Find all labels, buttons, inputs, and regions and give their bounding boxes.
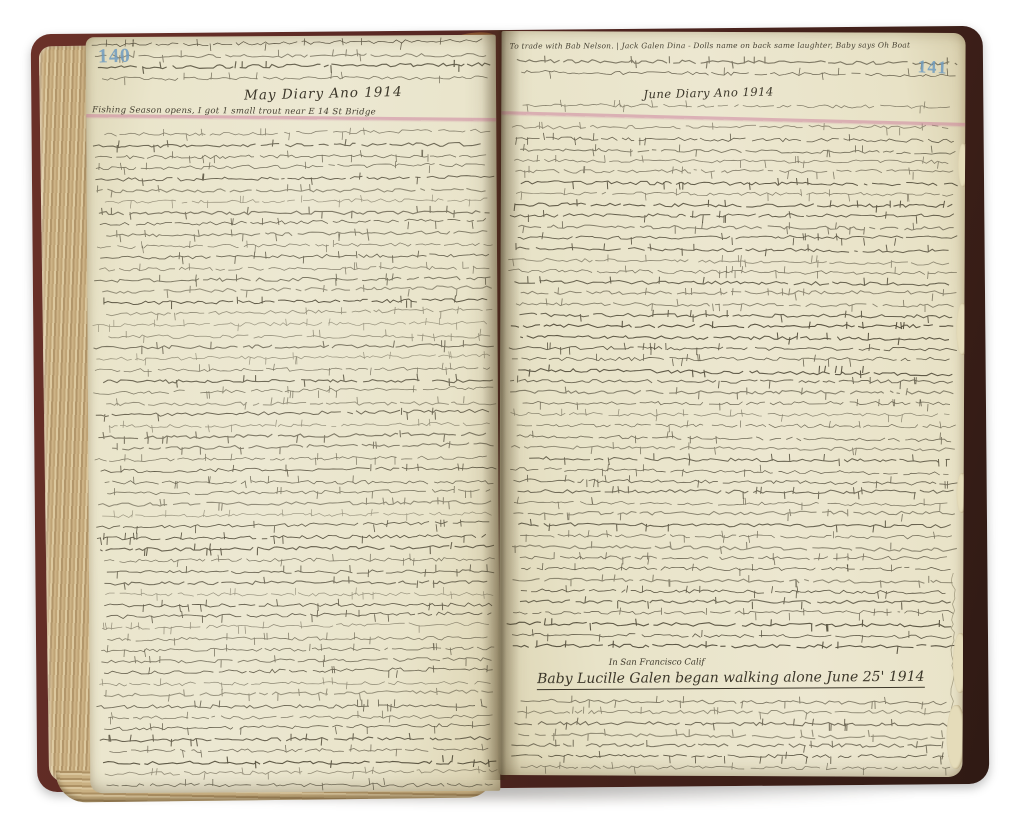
page-number-141: 141 — [917, 56, 948, 78]
torn-edge-patch — [946, 705, 964, 769]
torn-edge-patch — [958, 143, 966, 187]
right-page: 141 To trade with Bab Nelson. | Jack Gal… — [498, 31, 965, 777]
san-francisco-note: In San Francisco Calif — [609, 657, 705, 667]
heading-june-diary: June Diary Ano 1914 — [643, 84, 774, 101]
baby-walking-note-text: Baby Lucille Galen began walking alone J… — [537, 669, 924, 690]
baby-walking-note: Baby Lucille Galen began walking alone J… — [519, 669, 943, 688]
page-number-140: 140 — [98, 45, 132, 69]
diary-photograph: 140 May Diary Ano 1914 Fishing Season op… — [0, 0, 1024, 829]
torn-edge-patch — [956, 303, 965, 355]
handwriting-scribbles-left — [86, 35, 501, 793]
handwriting-scribbles-right — [498, 31, 965, 777]
right-page-first-line: To trade with Bab Nelson. | Jack Galen D… — [510, 40, 960, 50]
left-page: 140 May Diary Ano 1914 Fishing Season op… — [86, 35, 501, 793]
